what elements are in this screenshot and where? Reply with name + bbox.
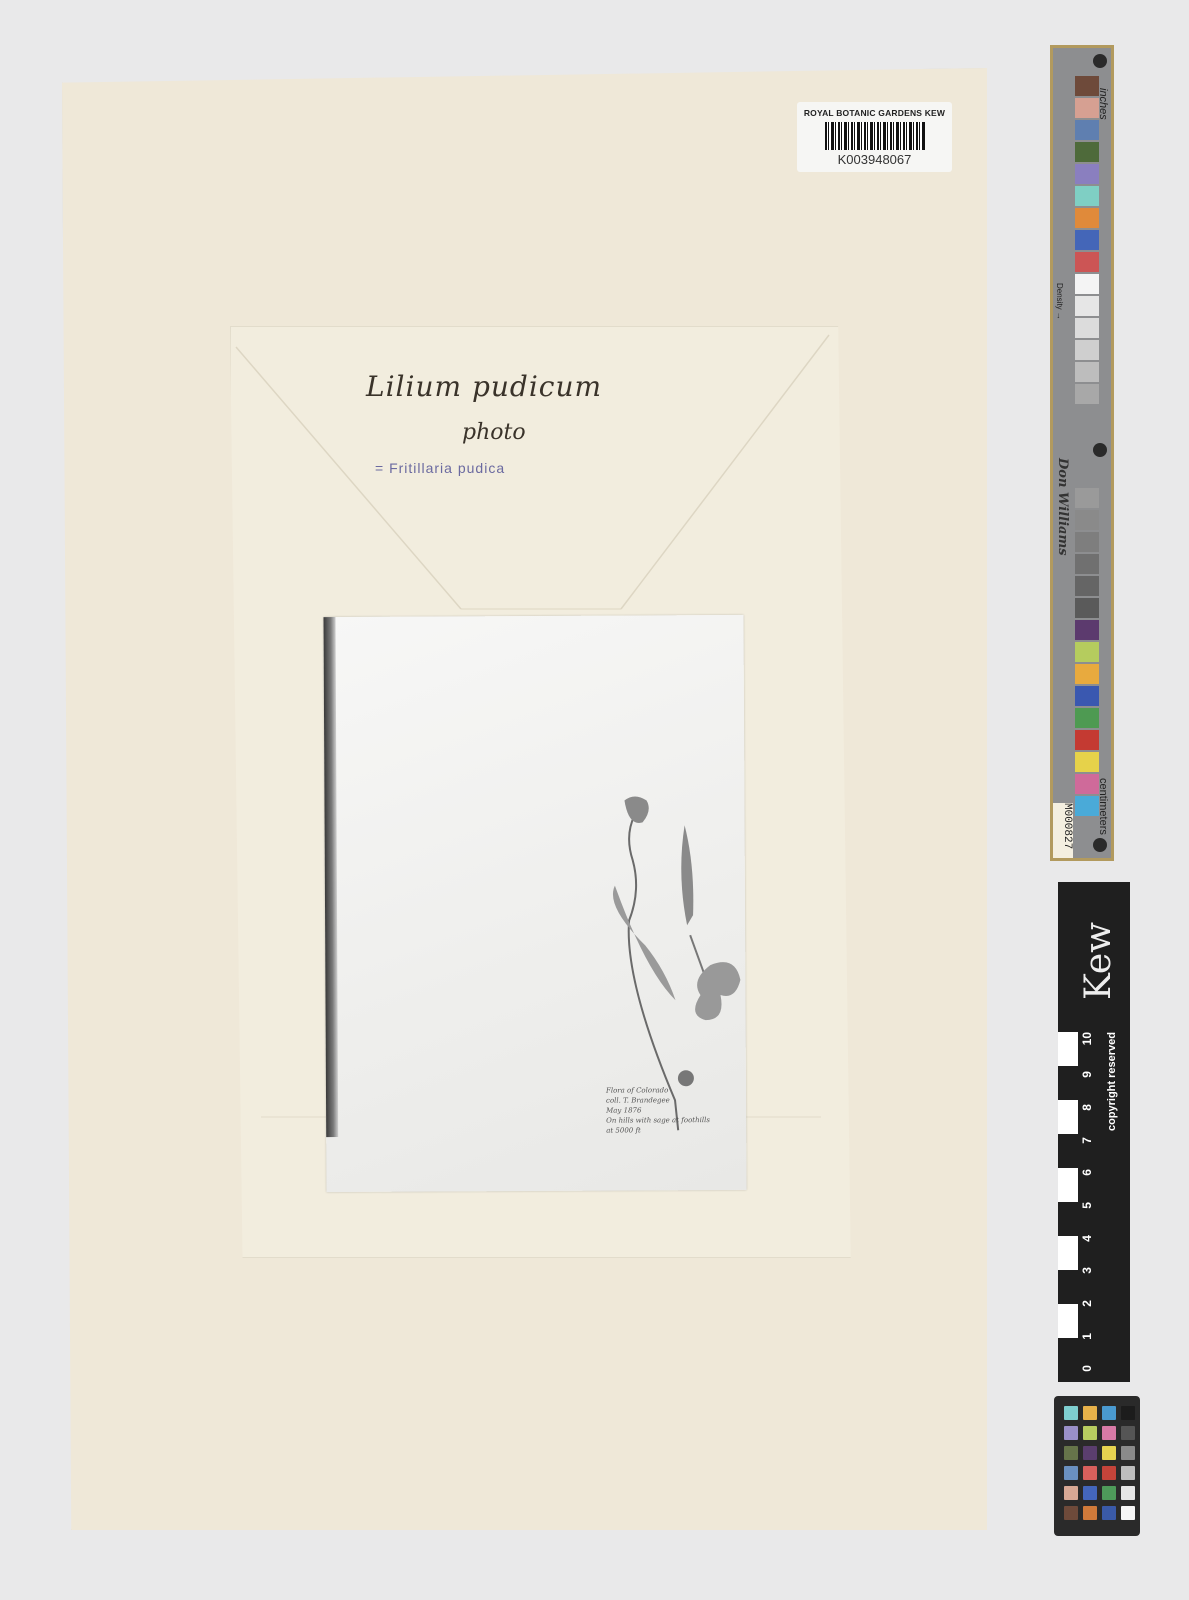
ruler-color-swatch <box>1075 664 1099 684</box>
scale-number: 10 <box>1080 1032 1094 1045</box>
color-chart-swatch <box>1102 1466 1116 1480</box>
specimen-photograph: Flora of Colorado coll. T. Brandegee May… <box>323 615 746 1192</box>
color-chart-swatch <box>1121 1426 1135 1440</box>
color-chart-swatch <box>1064 1466 1078 1480</box>
color-chart-swatch <box>1064 1486 1078 1500</box>
ruler-color-swatch <box>1075 598 1099 618</box>
annotation-determination: = Fritillaria pudica <box>375 460 505 476</box>
photo-caption: Flora of Colorado coll. T. Brandegee May… <box>606 1085 736 1136</box>
color-density-ruler: inches Density → Don Williams M000827 ce… <box>1050 45 1114 861</box>
color-chart-swatch <box>1121 1506 1135 1520</box>
color-chart-swatch <box>1064 1446 1078 1460</box>
color-chart-swatch <box>1064 1426 1078 1440</box>
color-chart-swatch <box>1102 1506 1116 1520</box>
ruler-density-label: Density → <box>1055 283 1064 320</box>
ruler-color-swatch <box>1075 318 1099 338</box>
annotation-primary: Lilium pudicum <box>366 370 602 403</box>
color-chart-swatch <box>1121 1486 1135 1500</box>
color-chart-swatch <box>1121 1466 1135 1480</box>
ruler-color-swatch <box>1075 488 1099 508</box>
kew-scale-bar: Kew 012345678910 copyright reserved <box>1058 882 1130 1382</box>
color-chart-swatch <box>1102 1486 1116 1500</box>
ruler-color-swatch <box>1075 164 1099 184</box>
ruler-color-swatch <box>1075 76 1099 96</box>
ruler-color-swatch <box>1075 510 1099 530</box>
scale-ticks <box>1058 1032 1078 1372</box>
ruler-color-swatch <box>1075 752 1099 772</box>
ruler-color-swatch <box>1075 774 1099 794</box>
ruler-color-swatch <box>1075 142 1099 162</box>
ruler-color-swatch <box>1075 620 1099 640</box>
ruler-color-swatch <box>1075 384 1099 404</box>
copyright-text: copyright reserved <box>1106 1032 1118 1131</box>
scale-number: 9 <box>1080 1071 1094 1078</box>
scale-number: 6 <box>1080 1169 1094 1176</box>
color-chart-swatch <box>1102 1446 1116 1460</box>
color-calibration-chart <box>1054 1396 1140 1536</box>
kew-logo: Kew <box>1078 922 1119 1000</box>
ruler-color-swatch <box>1075 576 1099 596</box>
ruler-color-swatch <box>1075 230 1099 250</box>
scale-number: 5 <box>1080 1202 1094 1209</box>
scale-number: 0 <box>1080 1365 1094 1372</box>
ruler-hole-icon <box>1093 54 1107 68</box>
ruler-color-swatch <box>1075 532 1099 552</box>
color-chart-swatch <box>1083 1506 1097 1520</box>
ruler-color-swatch <box>1075 186 1099 206</box>
color-chart-swatch <box>1083 1406 1097 1420</box>
ruler-color-swatch <box>1075 120 1099 140</box>
ruler-color-swatch <box>1075 708 1099 728</box>
ruler-color-swatch <box>1075 686 1099 706</box>
ruler-color-swatch <box>1075 98 1099 118</box>
ruler-color-swatch <box>1075 730 1099 750</box>
institution-name: ROYAL BOTANIC GARDENS KEW <box>797 108 952 118</box>
color-chart-swatch <box>1064 1406 1078 1420</box>
ruler-hole-icon <box>1093 838 1107 852</box>
ruler-color-swatch <box>1075 362 1099 382</box>
color-chart-swatch <box>1083 1466 1097 1480</box>
color-chart-swatch <box>1083 1426 1097 1440</box>
scale-number: 3 <box>1080 1267 1094 1274</box>
ruler-hole-icon <box>1093 443 1107 457</box>
scale-number: 8 <box>1080 1104 1094 1111</box>
color-chart-swatch <box>1121 1446 1135 1460</box>
ruler-color-swatch <box>1075 274 1099 294</box>
annotation-secondary: photo <box>462 420 526 445</box>
color-chart-swatch <box>1083 1446 1097 1460</box>
ruler-color-swatch <box>1075 252 1099 272</box>
color-chart-swatch <box>1121 1406 1135 1420</box>
ruler-color-swatch <box>1075 296 1099 316</box>
scale-number: 1 <box>1080 1333 1094 1340</box>
ruler-brand: Don Williams <box>1055 458 1070 556</box>
ruler-code: M000827 <box>1053 803 1073 858</box>
ruler-color-swatch <box>1075 642 1099 662</box>
scale-number: 4 <box>1080 1235 1094 1242</box>
color-chart-swatch <box>1102 1406 1116 1420</box>
barcode-icon <box>825 122 925 150</box>
barcode-label: ROYAL BOTANIC GARDENS KEW K003948067 <box>797 102 952 172</box>
scale-number: 7 <box>1080 1137 1094 1144</box>
ruler-color-swatch <box>1075 340 1099 360</box>
scale-number: 2 <box>1080 1300 1094 1307</box>
color-chart-swatch <box>1102 1426 1116 1440</box>
ruler-color-swatch <box>1075 554 1099 574</box>
barcode-number: K003948067 <box>797 152 952 167</box>
ruler-color-swatch <box>1075 796 1099 816</box>
ruler-color-swatch <box>1075 208 1099 228</box>
scale-numbers: 012345678910 <box>1080 1032 1094 1372</box>
color-chart-swatch <box>1083 1486 1097 1500</box>
color-chart-swatch <box>1064 1506 1078 1520</box>
